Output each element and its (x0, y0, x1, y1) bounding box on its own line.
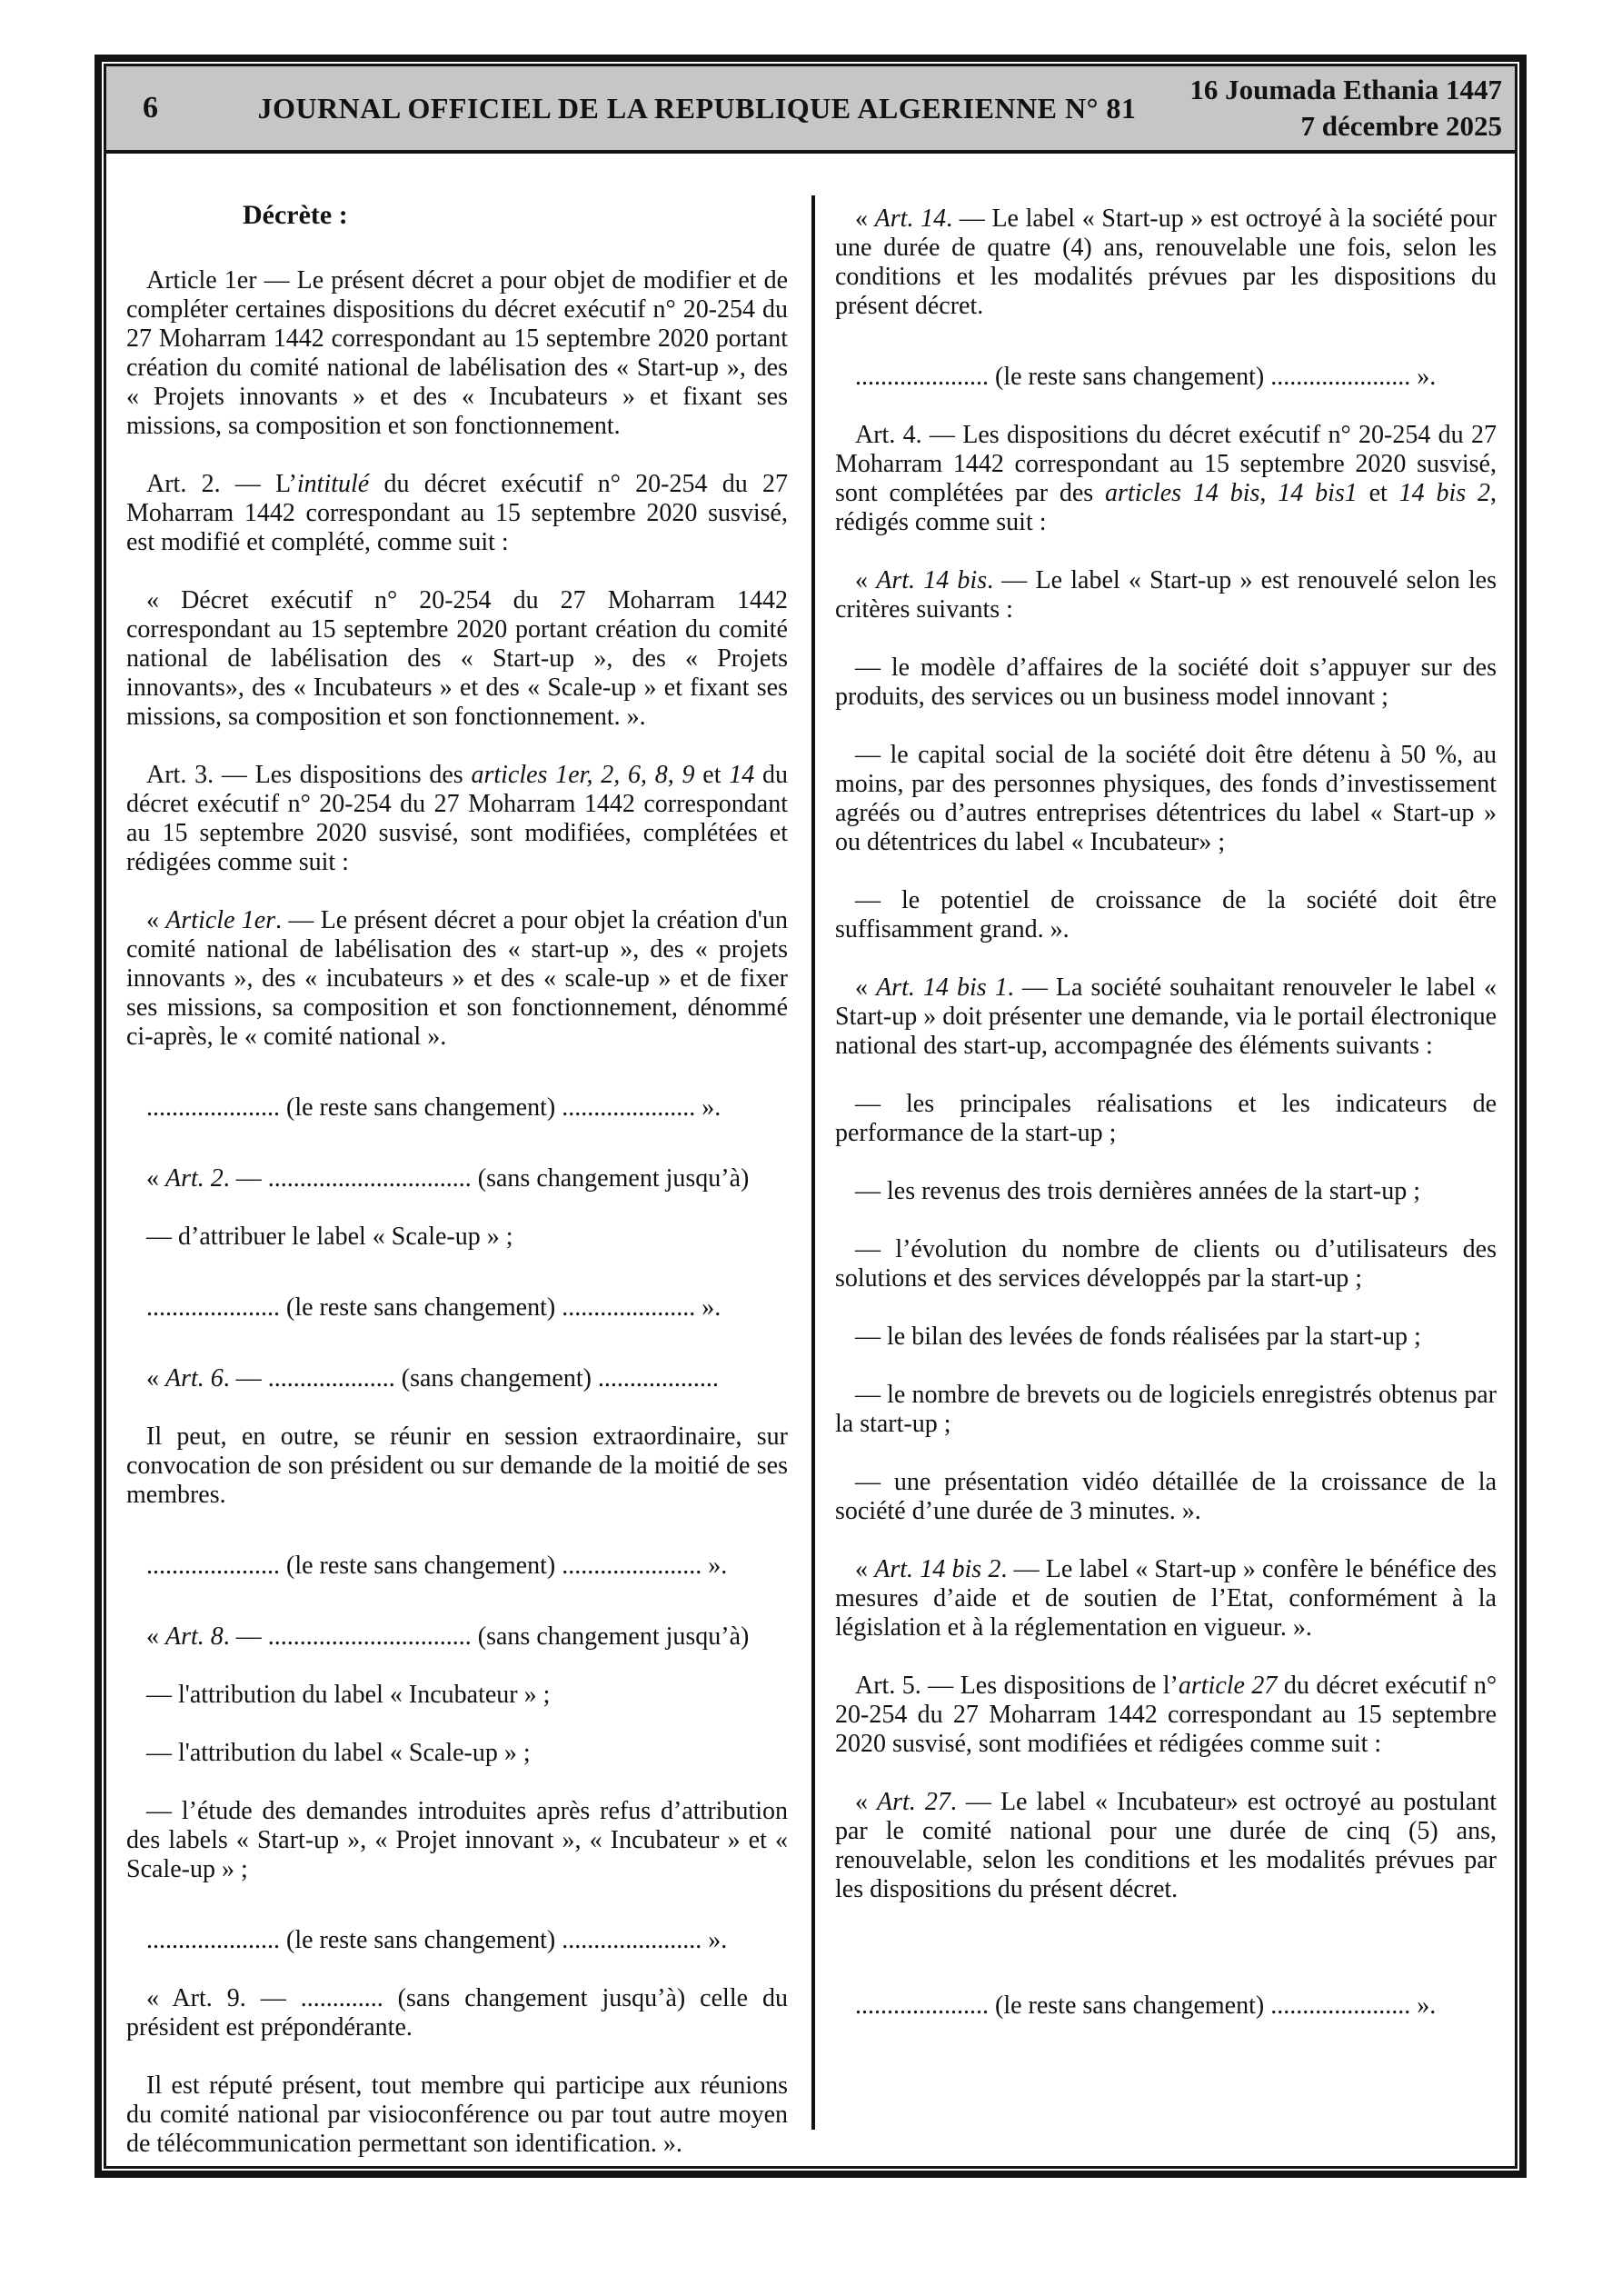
date-hijri: 16 Joumada Ethania 1447 (1179, 72, 1502, 108)
item-capital-social: — le capital social de la société doit ê… (835, 741, 1497, 857)
date-gregorian: 7 décembre 2025 (1179, 108, 1502, 145)
art-2: Art. 2. — L’intitulé du décret exécutif … (126, 470, 788, 557)
item-brevets: — le nombre de brevets ou de logiciels e… (835, 1381, 1497, 1439)
quote-decret-executif: « Décret exécutif n° 20-254 du 27 Moharr… (126, 586, 788, 732)
art-6-body: Il peut, en outre, se réunir en session … (126, 1423, 788, 1510)
item-etude-demandes: — l’étude des demandes introduites après… (126, 1797, 788, 1884)
page-number: 6 (106, 91, 215, 125)
rest-unchanged-4: ..................... (le reste sans cha… (126, 1926, 788, 1955)
item-revenus: — les revenus des trois dernières années… (835, 1177, 1497, 1206)
item-scale-up-label: — d’attribuer le label « Scale-up » ; (126, 1223, 788, 1252)
header-band: 6 JOURNAL OFFICIEL DE LA REPUBLIQUE ALGE… (106, 66, 1515, 154)
art-4: Art. 4. — Les dispositions du décret exé… (835, 421, 1497, 537)
art-3: Art. 3. — Les dispositions des articles … (126, 761, 788, 877)
item-modele-affaires: — le modèle d’affaires de la société doi… (835, 654, 1497, 712)
issue-dates: 16 Joumada Ethania 1447 7 décembre 2025 (1179, 72, 1515, 145)
quote-art-8: « Art. 8. — ............................… (126, 1622, 788, 1652)
journal-page: { "page": { "number": "6", "title": "JOU… (0, 0, 1622, 2296)
art-9-body: Il est réputé présent, tout membre qui p… (126, 2071, 788, 2159)
rest-unchanged-1: ..................... (le reste sans cha… (126, 1093, 788, 1123)
rest-unchanged-5: ..................... (le reste sans cha… (835, 363, 1497, 392)
decrete-heading: Décrète : (243, 201, 788, 230)
quote-article-1er: « Article 1er. — Le présent décret a pou… (126, 906, 788, 1052)
item-presentation-video: — une présentation vidéo détaillée de la… (835, 1468, 1497, 1526)
right-column: « Art. 14. — Le label « Start-up » est o… (815, 154, 1515, 2166)
rest-unchanged-3: ..................... (le reste sans cha… (126, 1552, 788, 1581)
left-column: Décrète :Article 1er — Le présent décret… (106, 154, 811, 2166)
page-frame: 6 JOURNAL OFFICIEL DE LA REPUBLIQUE ALGE… (95, 55, 1527, 2178)
page-inner-frame: 6 JOURNAL OFFICIEL DE LA REPUBLIQUE ALGE… (104, 64, 1518, 2169)
quote-art-14: « Art. 14. — Le label « Start-up » est o… (835, 205, 1497, 321)
rest-unchanged-6: ..................... (le reste sans cha… (835, 1992, 1497, 2021)
quote-art-6: « Art. 6. — .................... (sans c… (126, 1364, 788, 1393)
item-bilan-levees: — le bilan des levées de fonds réalisées… (835, 1323, 1497, 1352)
item-scaleup-label-2: — l'attribution du label « Scale-up » ; (126, 1739, 788, 1768)
rest-unchanged-2: ..................... (le reste sans cha… (126, 1293, 788, 1323)
quote-art-27: « Art. 27. — Le label « Incubateur» est … (835, 1788, 1497, 1904)
quote-art-2: « Art. 2. — ............................… (126, 1164, 788, 1193)
page-content: Décrète :Article 1er — Le présent décret… (106, 154, 1515, 2166)
quote-art-14-bis-2: « Art. 14 bis 2. — Le label « Start-up »… (835, 1555, 1497, 1642)
item-potentiel-croissance: — le potentiel de croissance de la socié… (835, 886, 1497, 944)
item-realisations: — les principales réalisations et les in… (835, 1090, 1497, 1148)
article-1er: Article 1er — Le présent décret a pour o… (126, 266, 788, 441)
quote-art-14-bis: « Art. 14 bis. — Le label « Start-up » e… (835, 566, 1497, 624)
quote-art-9: « Art. 9. — ............. (sans changeme… (126, 1984, 788, 2042)
item-incubateur-label: — l'attribution du label « Incubateur » … (126, 1681, 788, 1710)
journal-title: JOURNAL OFFICIEL DE LA REPUBLIQUE ALGERI… (215, 92, 1179, 125)
item-evolution-clients: — l’évolution du nombre de clients ou d’… (835, 1235, 1497, 1293)
quote-art-14-bis-1: « Art. 14 bis 1. — La société souhaitant… (835, 973, 1497, 1061)
art-5: Art. 5. — Les dispositions de l’article … (835, 1672, 1497, 1759)
